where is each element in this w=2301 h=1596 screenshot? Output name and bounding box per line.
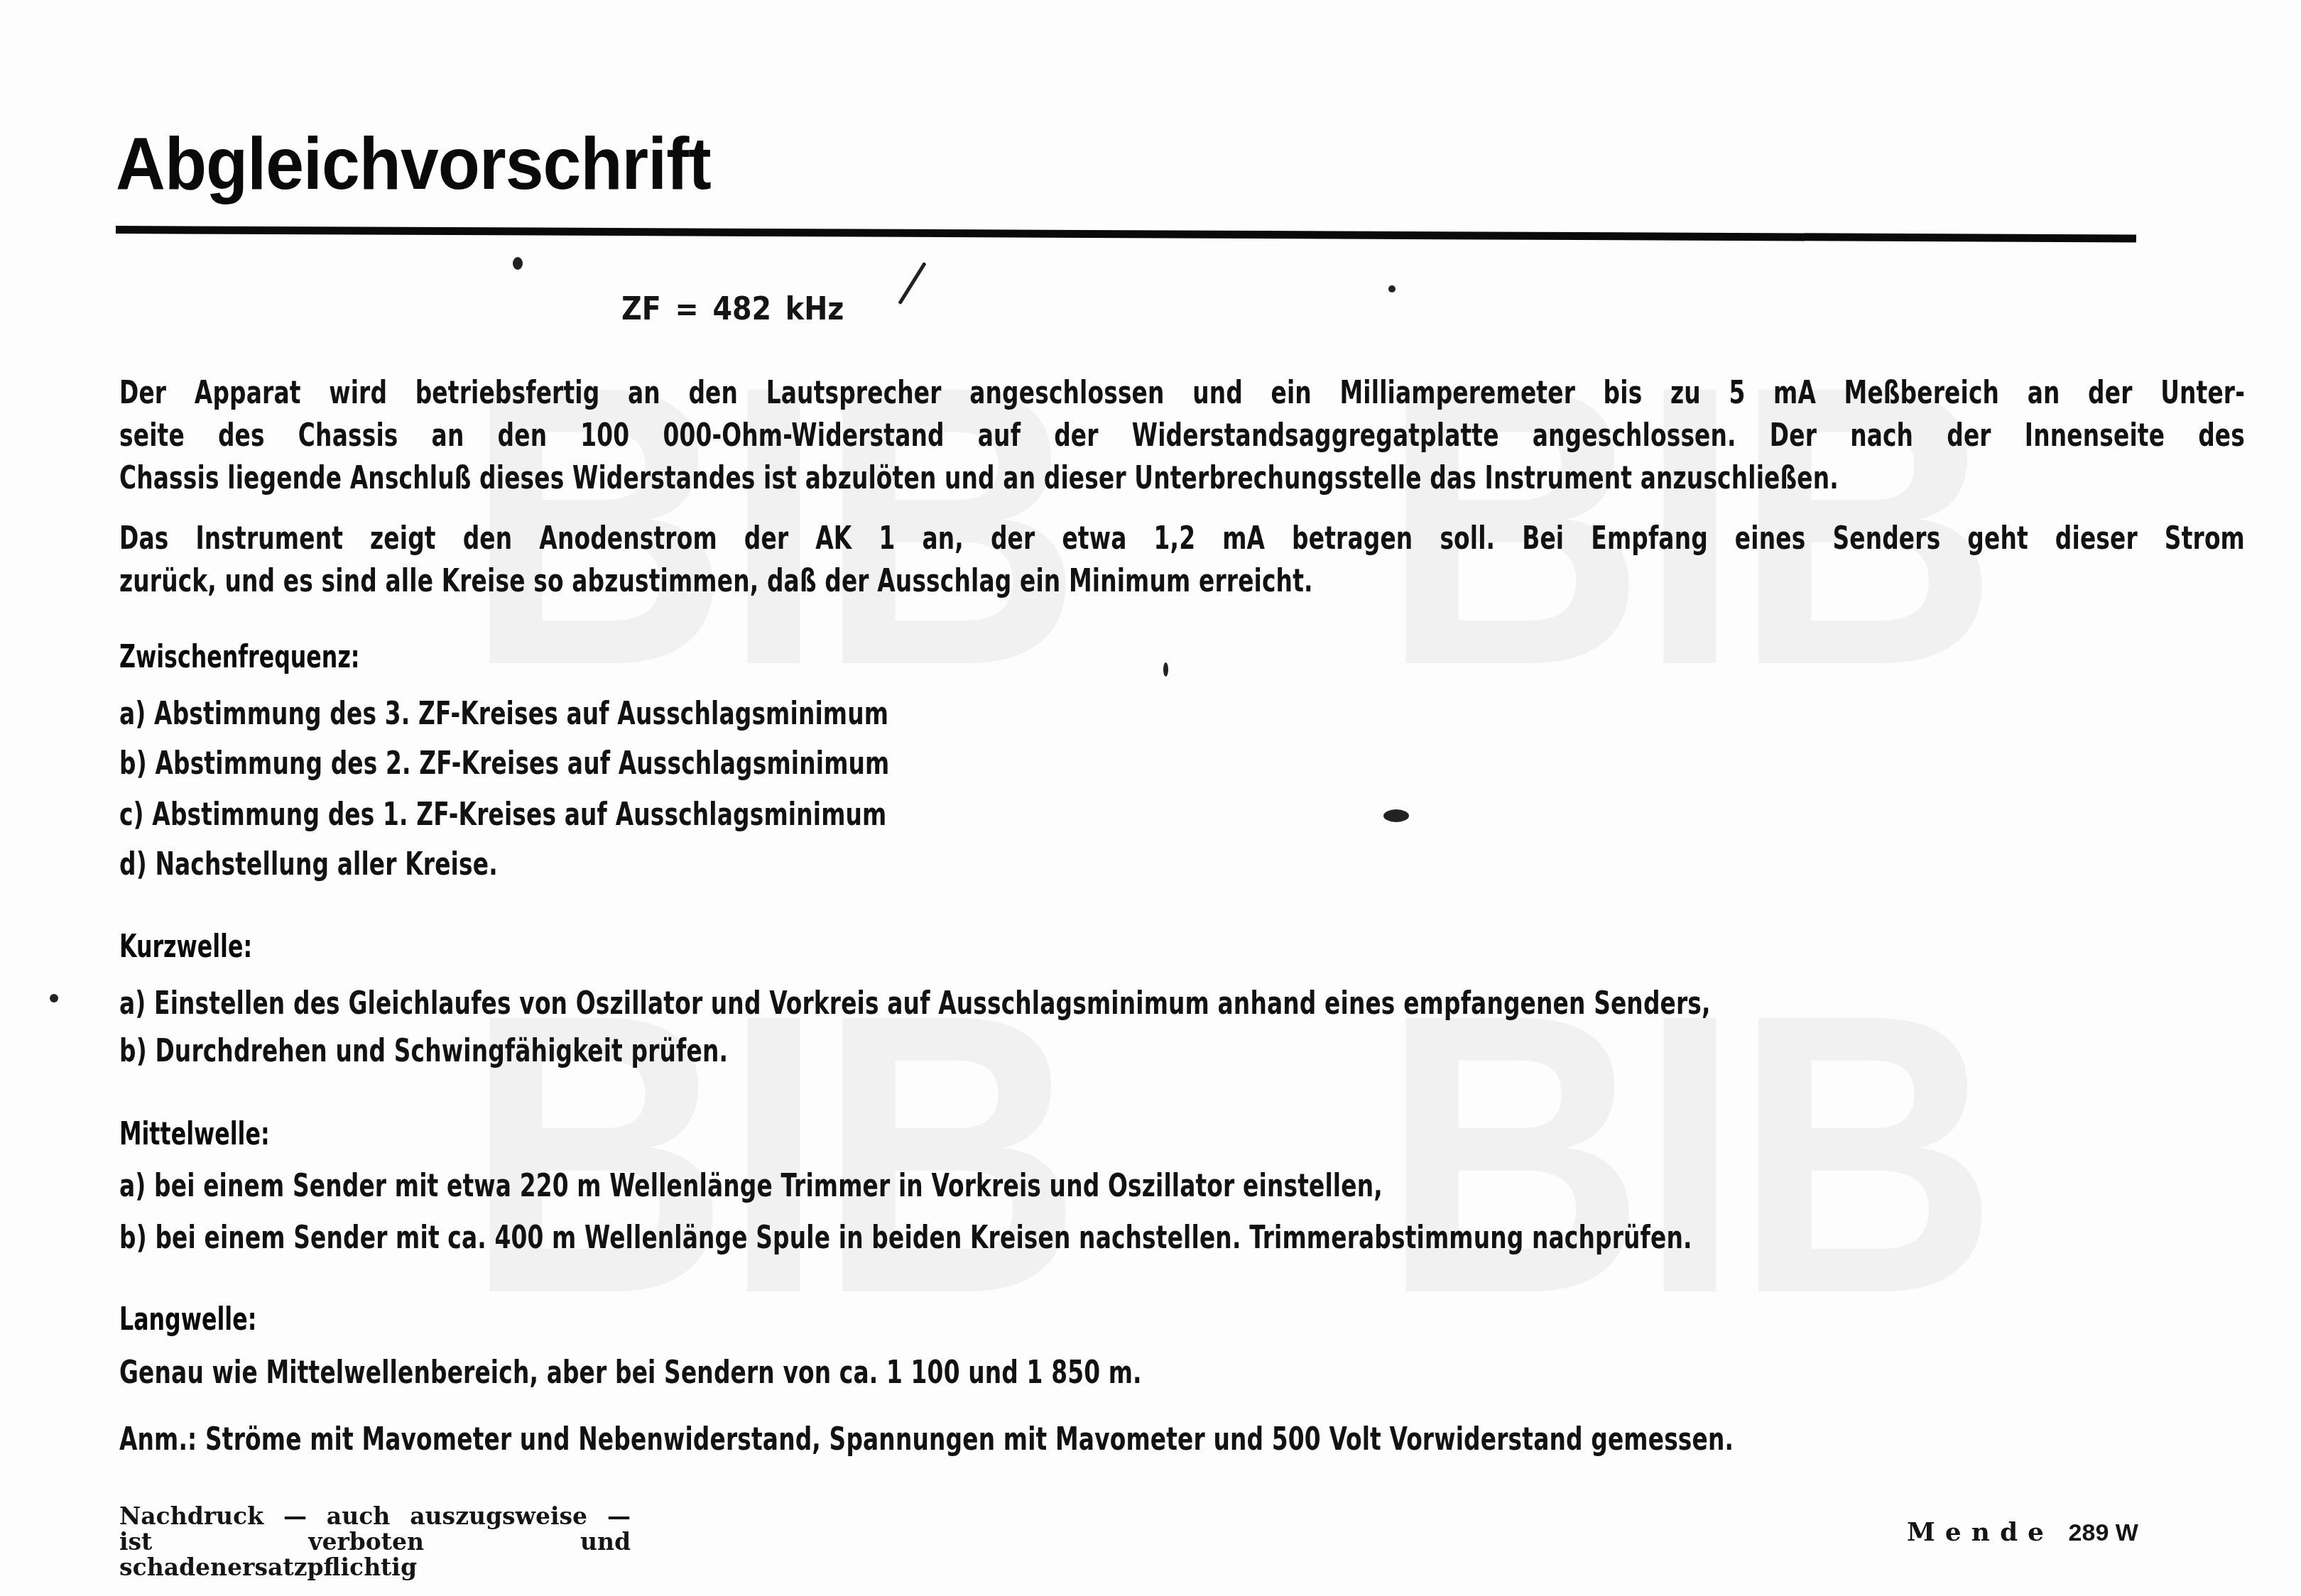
intro-paragraph-2-line: Das Instrument zeigt den Anodenstrom der… [119,520,2245,557]
intro-paragraph-1-line: Chassis liegende Anschluß dieses Widerst… [119,460,1839,496]
copyright-notice: Nachdruck — auch auszugsweise — ist verb… [119,1504,631,1580]
note-label: Anm.: [119,1421,197,1458]
list-item: b) Abstimmung des 2. ZF-Kreises auf Auss… [119,745,889,782]
intermediate-frequency: ZF = 482 kHz [621,291,844,327]
scan-speck [513,257,523,270]
section-heading-zwischenfrequenz: Zwischenfrequenz: [119,639,360,675]
model-number: 289 W [2069,1519,2138,1546]
list-item: Genau wie Mittelwellenbereich, aber bei … [119,1355,1142,1391]
list-item: b) Durchdrehen und Schwingfähigkeit prüf… [119,1033,728,1069]
page-title: Abgleichvorschrift [116,122,711,207]
intro-paragraph-1-line: seite des Chassis an den 100 000-Ohm-Wid… [119,417,2245,454]
brand-name: Mende [1907,1517,2054,1547]
section-heading-langwelle: Langwelle: [119,1301,256,1338]
list-item: b) bei einem Sender mit ca. 400 m Wellen… [119,1220,1692,1256]
note: Anm.: Ströme mit Mavometer und Nebenwide… [119,1421,1734,1458]
intro-paragraph-1-line: Der Apparat wird betriebsfertig an den L… [119,375,2245,411]
note-text: Ströme mit Mavometer und Nebenwiderstand… [205,1421,1734,1458]
intro-paragraph-2-line: zurück, und es sind alle Kreise so abzus… [119,563,1313,599]
list-item: c) Abstimmung des 1. ZF-Kreises auf Auss… [119,797,886,833]
list-item: a) Einstellen des Gleichlaufes von Oszil… [119,985,1711,1022]
title-rule [116,226,2136,242]
section-heading-kurzwelle: Kurzwelle: [119,929,252,965]
scan-speck [50,994,58,1002]
scan-speck [1383,809,1409,822]
scan-speck [898,262,926,305]
list-item: a) Abstimmung des 3. ZF-Kreises auf Auss… [119,696,888,732]
scan-speck [1388,285,1396,293]
copyright-line-2: ist verboten und schadenersatzpflichtig [119,1529,631,1580]
scan-speck [1163,662,1168,677]
copyright-line-1: Nachdruck — auch auszugsweise — [119,1504,631,1529]
document-page: BIB BIB BIB BIB Abgleichvorschrift ZF = … [0,0,2301,1596]
list-item: a) bei einem Sender mit etwa 220 m Welle… [119,1168,1383,1204]
section-heading-mittelwelle: Mittelwelle: [119,1116,270,1152]
list-item: d) Nachstellung aller Kreise. [119,846,498,882]
model-designation: Mende 289 W [1907,1517,2138,1547]
